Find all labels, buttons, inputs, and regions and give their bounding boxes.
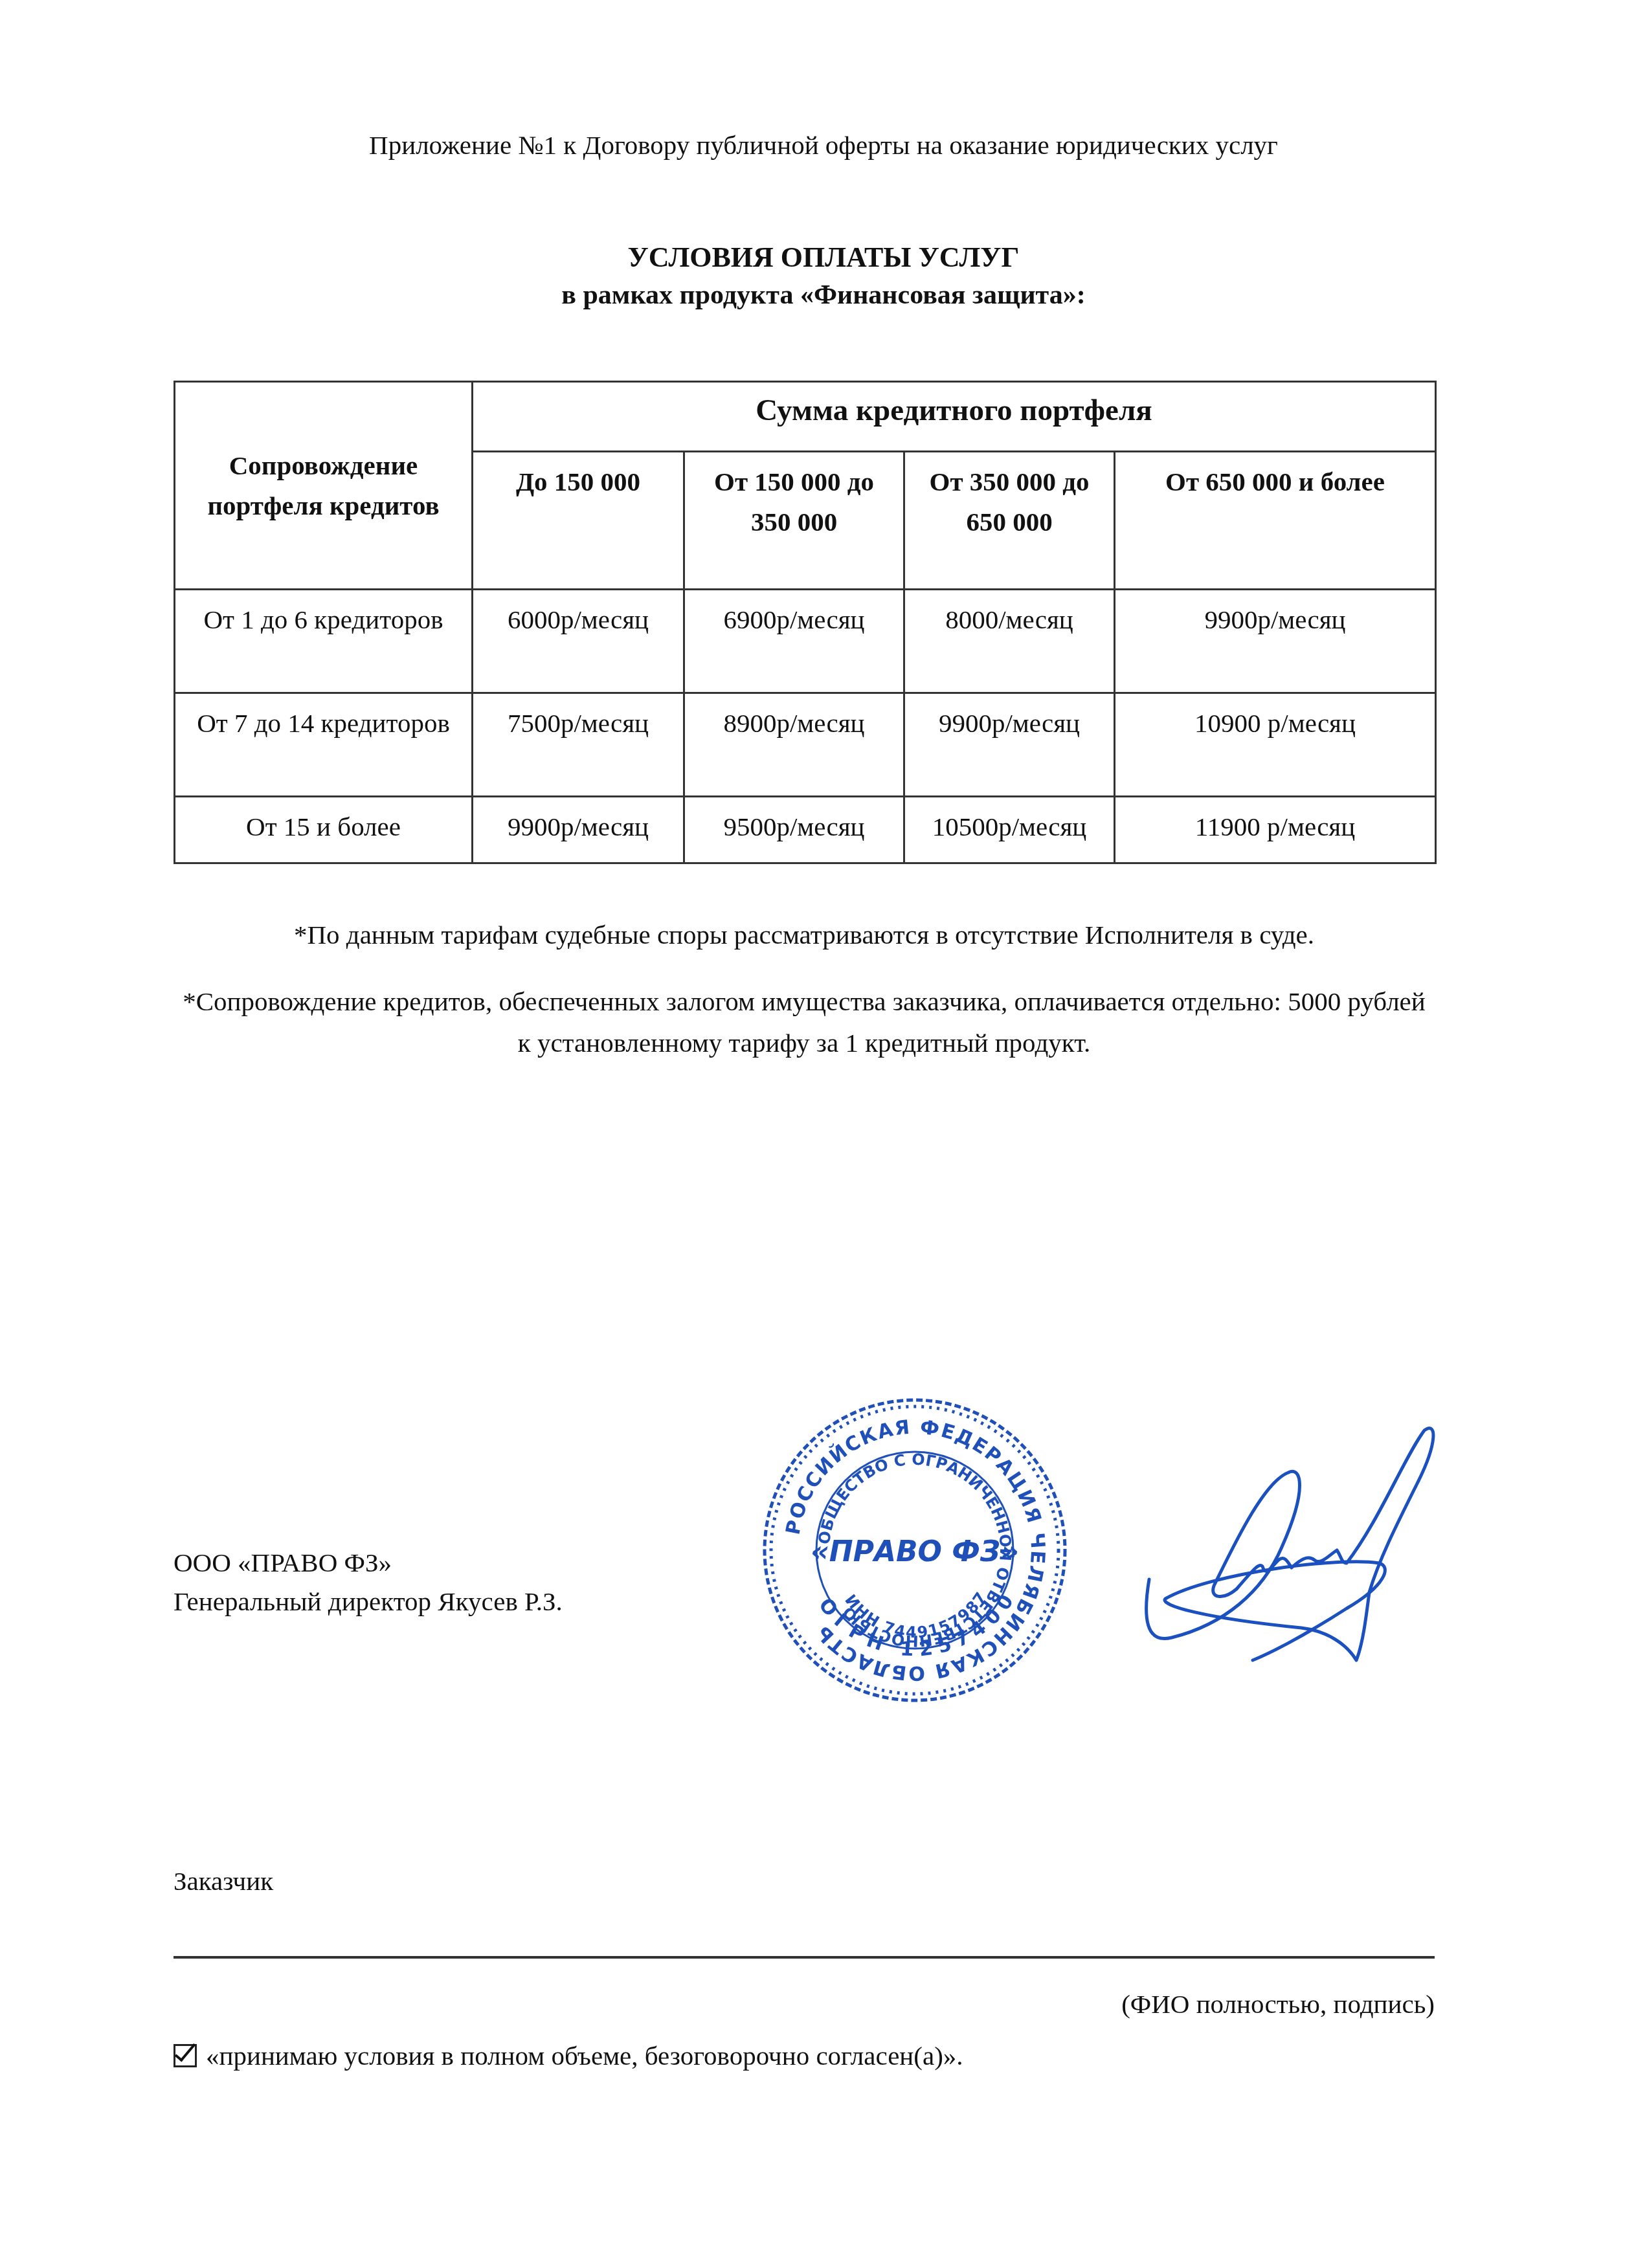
column-header: До 150 000 <box>473 452 684 590</box>
price-cell: 6000р/месяц <box>473 590 684 693</box>
price-cell: 8900р/месяц <box>684 693 904 797</box>
document-title: УСЛОВИЯ ОПЛАТЫ УСЛУГ <box>0 241 1647 274</box>
signature-icon <box>1133 1405 1547 1676</box>
row-label: От 1 до 6 кредиторов <box>175 590 473 693</box>
column-header: От 350 000 до 650 000 <box>904 452 1115 590</box>
price-cell: 7500р/месяц <box>473 693 684 797</box>
director-name: Генеральный директор Якусев Р.З. <box>174 1586 563 1617</box>
table-row: От 7 до 14 кредиторов 7500р/месяц 8900р/… <box>175 693 1436 797</box>
footnote-collateral: *Сопровождение кредитов, обеспеченных за… <box>174 981 1435 1063</box>
row-header-cell: Сопровождение портфеля кредитов <box>175 382 473 590</box>
price-cell: 10500р/месяц <box>904 797 1115 863</box>
table-row: От 15 и более 9900р/месяц 9500р/месяц 10… <box>175 797 1436 863</box>
company-stamp-icon: РОССИЙСКАЯ ФЕДЕРАЦИЯ ЧЕЛЯБИНСКАЯ ОБЛАСТЬ… <box>756 1392 1073 1709</box>
price-cell: 9500р/месяц <box>684 797 904 863</box>
document-subtitle: в рамках продукта «Финансовая защита»: <box>0 280 1647 311</box>
acceptance-text: «принимаю условия в полном объеме, безог… <box>206 2040 963 2071</box>
price-cell: 11900 р/месяц <box>1115 797 1436 863</box>
tariff-table: Сопровождение портфеля кредитов Сумма кр… <box>174 381 1437 864</box>
price-cell: 8000/месяц <box>904 590 1115 693</box>
column-header: От 150 000 до 350 000 <box>684 452 904 590</box>
price-cell: 9900р/месяц <box>904 693 1115 797</box>
price-cell: 9900р/месяц <box>1115 590 1436 693</box>
customer-label: Заказчик <box>174 1865 273 1896</box>
table-row: От 1 до 6 кредиторов 6000р/месяц 6900р/м… <box>175 590 1436 693</box>
appendix-header: Приложение №1 к Договору публичной оферт… <box>0 129 1647 161</box>
price-cell: 9900р/месяц <box>473 797 684 863</box>
company-name: ООО «ПРАВО ФЗ» <box>174 1547 392 1578</box>
group-header-cell: Сумма кредитного портфеля <box>473 382 1436 452</box>
footnote-court: *По данным тарифам судебные споры рассма… <box>174 919 1435 950</box>
stamp-center-text: «ПРАВО ФЗ» <box>811 1535 1018 1568</box>
price-cell: 6900р/месяц <box>684 590 904 693</box>
customer-signature-line[interactable] <box>174 1956 1435 1959</box>
acceptance-checkbox[interactable] <box>174 2044 197 2067</box>
price-cell: 10900 р/месяц <box>1115 693 1436 797</box>
column-header: От 650 000 и более <box>1115 452 1436 590</box>
acceptance-row: «принимаю условия в полном объеме, безог… <box>174 2040 963 2071</box>
row-label: От 7 до 14 кредиторов <box>175 693 473 797</box>
signature-hint: (ФИО полностью, подпись) <box>1121 1988 1435 2019</box>
row-label: От 15 и более <box>175 797 473 863</box>
